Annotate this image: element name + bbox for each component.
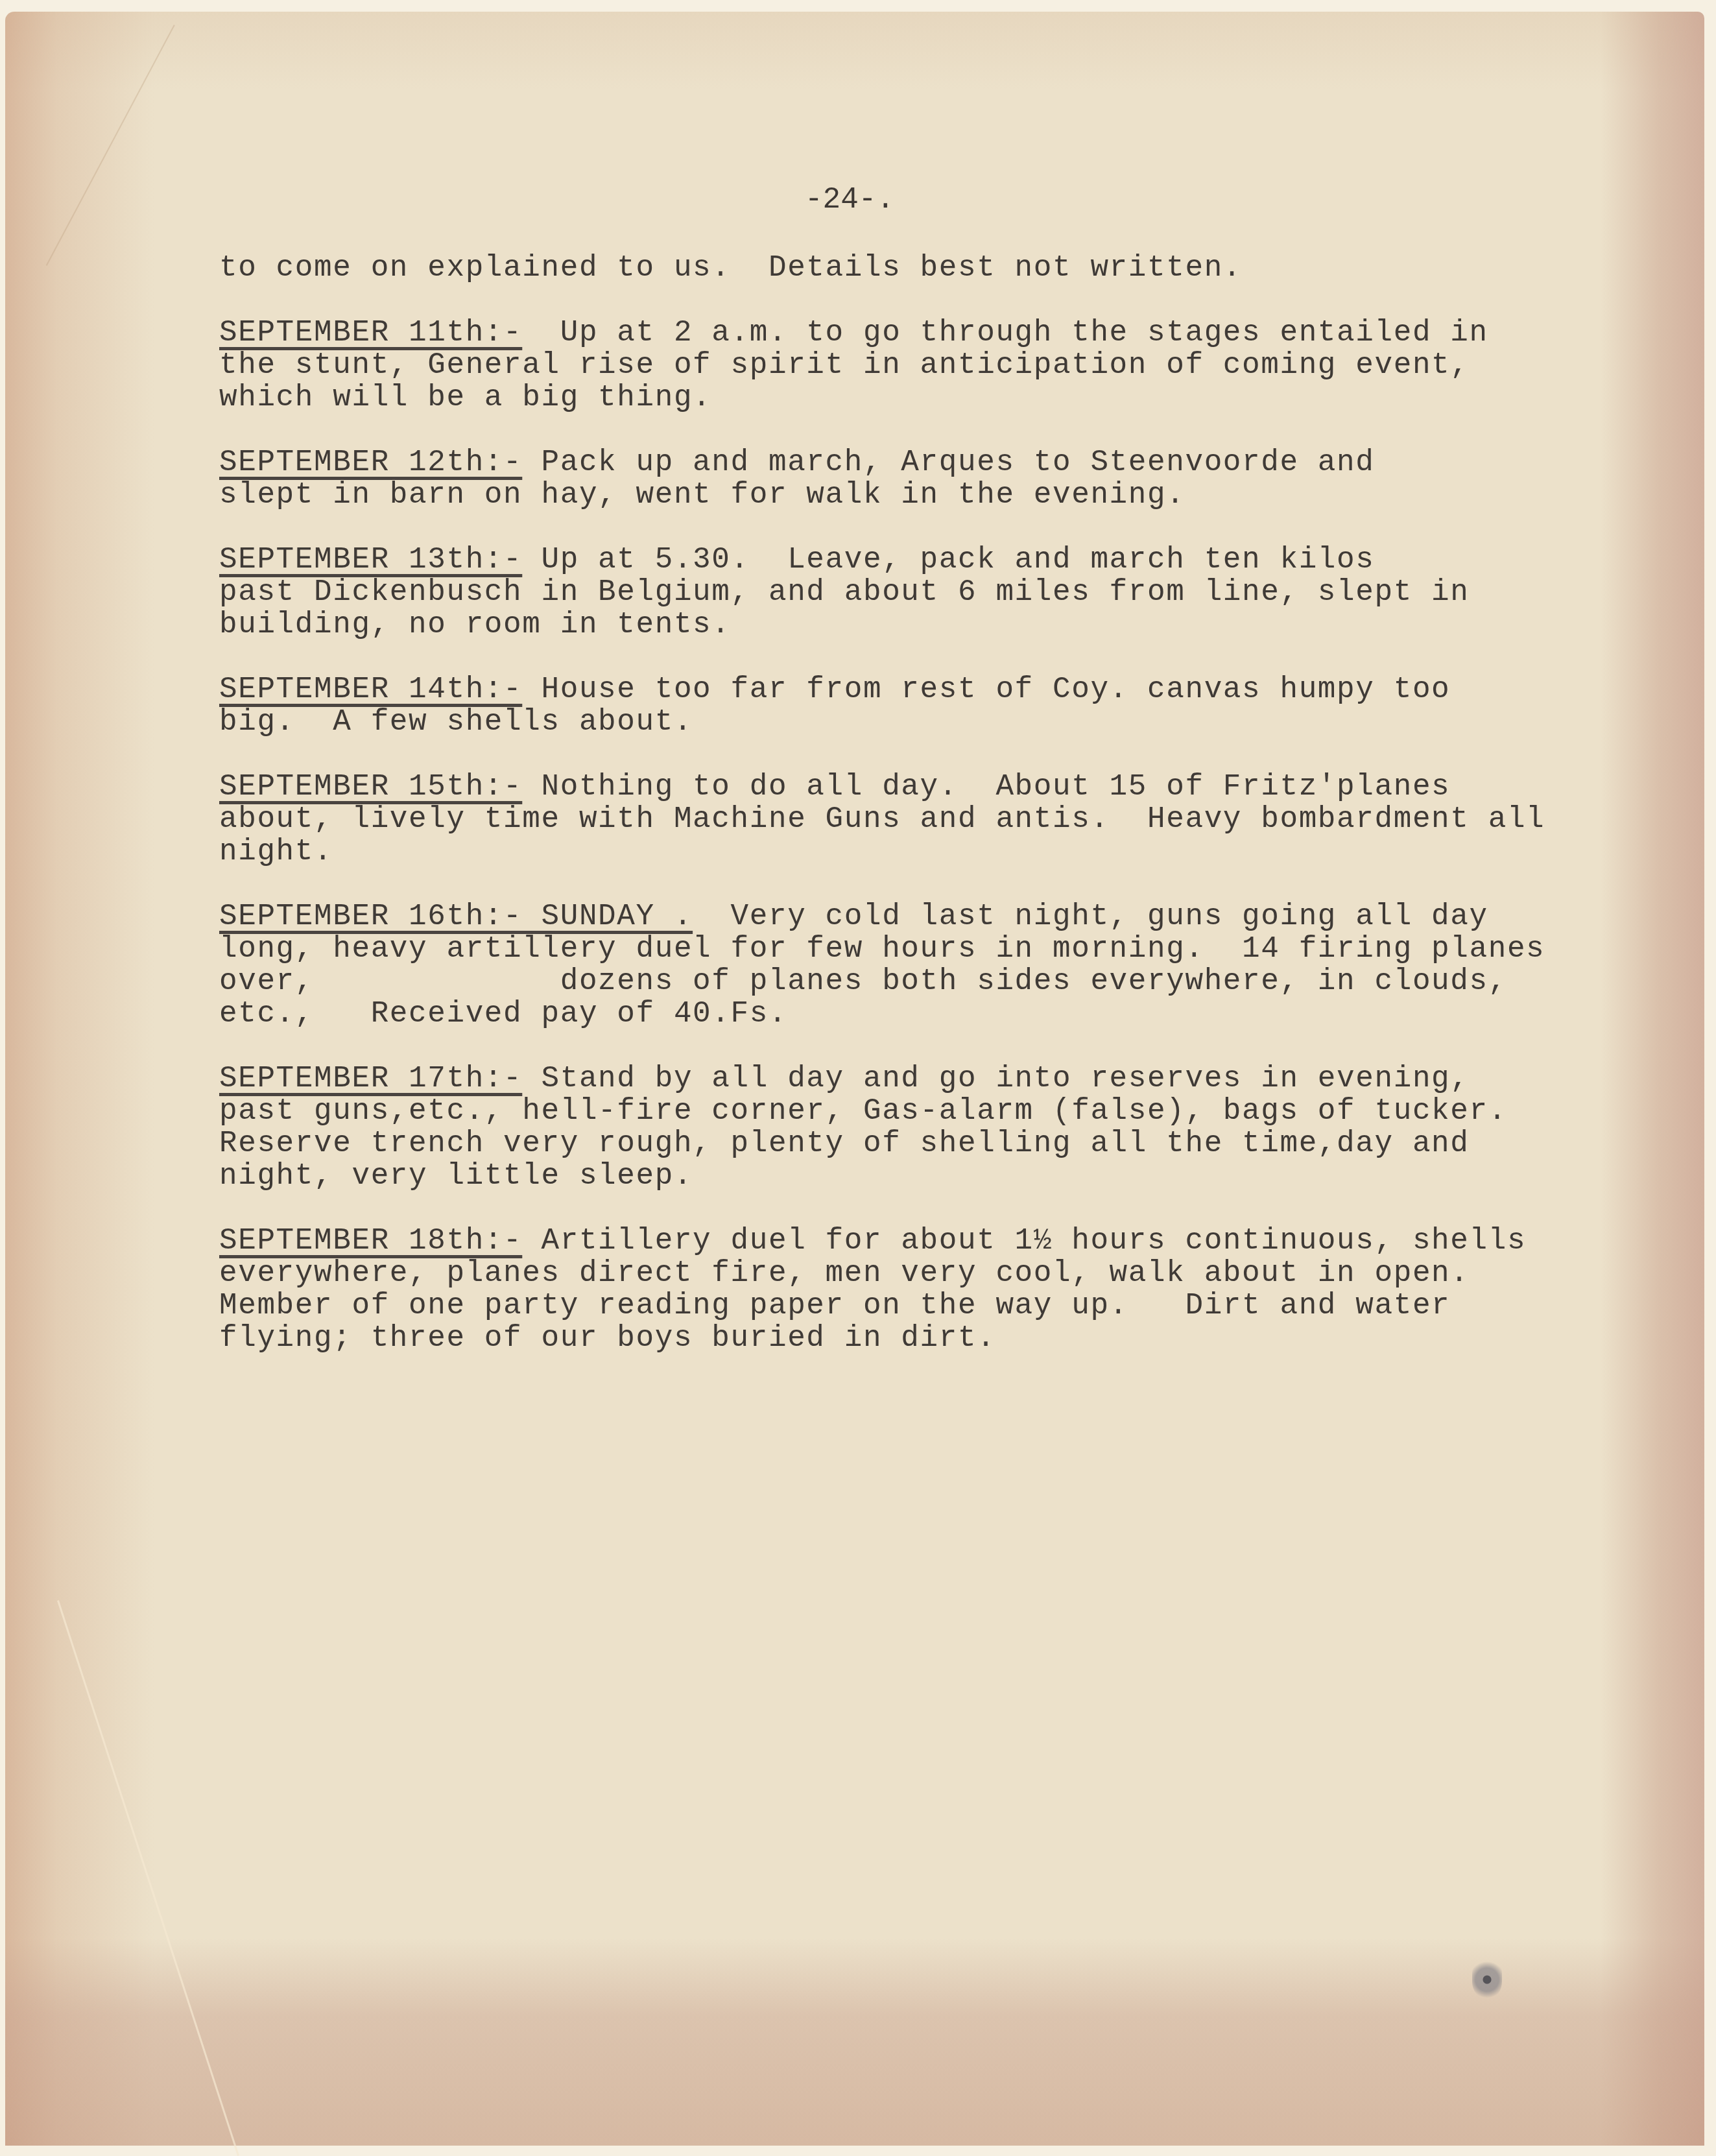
entry-text: Nothing to do all day. About 15 of Fritz… [522, 770, 1450, 804]
entry-text: about, lively time with Machine Guns and… [219, 803, 1594, 835]
diary-entry-sep-15: SEPTEMBER 15th:- Nothing to do all day. … [219, 771, 1594, 868]
diary-entry-sep-14: SEPTEMBER 14th:- House too far from rest… [219, 673, 1594, 738]
entry-text: slept in barn on hay, went for walk in t… [219, 479, 1594, 511]
diary-entry-sep-11: SEPTEMBER 11th:- Up at 2 a.m. to go thro… [219, 317, 1594, 414]
entry-date: SEPTEMBER 12th:- [219, 446, 522, 479]
entry-text: etc., Received pay of 40.Fs. [219, 998, 1594, 1030]
entry-text: the stunt, General rise of spirit in ant… [219, 349, 1594, 381]
diary-entry-sep-13: SEPTEMBER 13th:- Up at 5.30. Leave, pack… [219, 544, 1594, 641]
diary-entry-sep-17: SEPTEMBER 17th:- Stand by all day and go… [219, 1062, 1594, 1192]
entry-text: Artillery duel for about 1½ hours contin… [522, 1224, 1526, 1258]
entry-text: Pack up and march, Arques to Steenvoorde… [522, 446, 1374, 479]
entry-text: building, no room in tents. [219, 608, 1594, 641]
diary-text: to come on explained to us. Details best… [219, 195, 1594, 1387]
entry-text: Very cold last night, guns going all day [693, 900, 1488, 933]
entry-text: night. [219, 835, 1594, 868]
entry-date: SEPTEMBER 15th:- [219, 770, 522, 804]
entry-text: past guns,etc., hell-fire corner, Gas-al… [219, 1095, 1594, 1127]
entry-text: over, dozens of planes both sides everyw… [219, 965, 1594, 998]
entry-date: SEPTEMBER 16th:- SUNDAY . [219, 900, 693, 933]
entry-text: Up at 2 a.m. to go through the stages en… [522, 316, 1488, 350]
entry-text: which will be a big thing. [219, 381, 1594, 414]
entry-text: Reserve trench very rough, plenty of she… [219, 1127, 1594, 1160]
entry-date: SEPTEMBER 13th:- [219, 543, 522, 577]
paper-crease [57, 1600, 239, 2156]
entry-date: SEPTEMBER 17th:- [219, 1062, 522, 1096]
entry-text: Up at 5.30. Leave, pack and march ten ki… [522, 543, 1374, 577]
entry-text: Member of one party reading paper on the… [219, 1289, 1594, 1322]
opening-line: to come on explained to us. Details best… [219, 252, 1594, 284]
entry-date: SEPTEMBER 14th:- [219, 673, 522, 706]
entry-text: big. A few shells about. [219, 706, 1594, 738]
ink-smudge [1472, 1958, 1502, 1998]
entry-text: long, heavy artillery duel for few hours… [219, 933, 1594, 965]
diary-entry-sep-12: SEPTEMBER 12th:- Pack up and march, Arqu… [219, 446, 1594, 511]
entry-date: SEPTEMBER 18th:- [219, 1224, 522, 1258]
entry-text: Stand by all day and go into reserves in… [522, 1062, 1469, 1096]
entry-text: flying; three of our boys buried in dirt… [219, 1322, 1594, 1354]
entry-text: everywhere, planes direct fire, men very… [219, 1257, 1594, 1289]
entry-text: past Dickenbusch in Belgium, and about 6… [219, 576, 1594, 608]
entry-date: SEPTEMBER 11th:- [219, 316, 522, 350]
diary-entry-sep-18: SEPTEMBER 18th:- Artillery duel for abou… [219, 1225, 1594, 1354]
entry-text: House too far from rest of Coy. canvas h… [522, 673, 1450, 706]
entry-text: night, very little sleep. [219, 1160, 1594, 1192]
paper-crease [46, 25, 175, 266]
diary-entry-sep-16: SEPTEMBER 16th:- SUNDAY . Very cold last… [219, 900, 1594, 1030]
